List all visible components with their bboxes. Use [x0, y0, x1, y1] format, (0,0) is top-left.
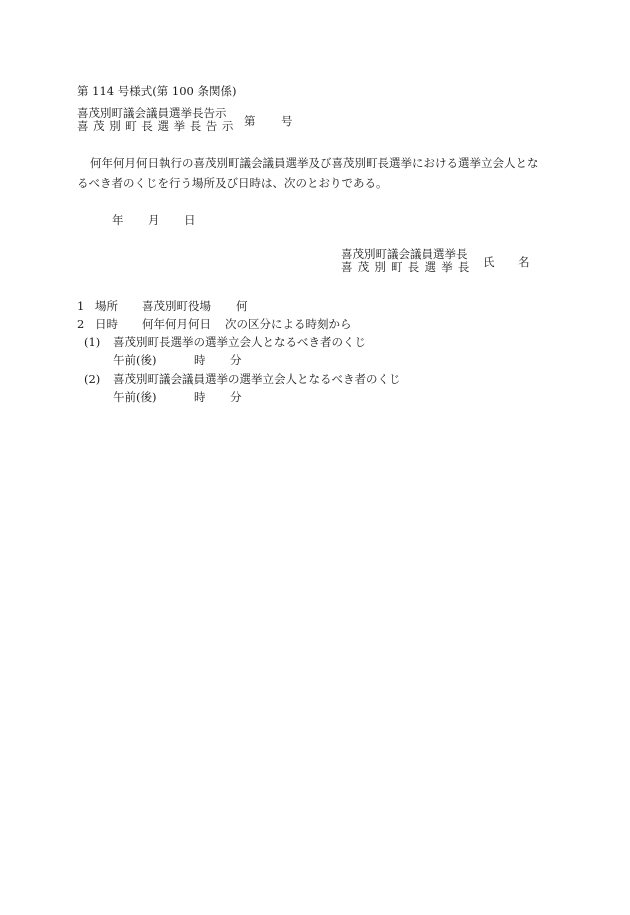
date-month: 月	[148, 213, 160, 227]
subitem-2-number: (2)	[84, 372, 100, 386]
item-1-number: 1	[77, 299, 84, 313]
subitem-2-ampm: 午前(後)	[113, 390, 156, 404]
subitem-1-minute: 分	[230, 353, 242, 367]
item-1-value: 喜茂別町役場	[142, 299, 211, 313]
notice-header-titles: 喜茂別町議会議員選挙長告示 喜茂別町長選挙長告示	[77, 107, 238, 133]
item-1-extra: 何	[236, 299, 248, 313]
subitem-1-text: 喜茂別町長選挙の選挙立会人となるべき者のくじ	[113, 335, 366, 349]
notice-header-line2: 喜茂別町長選挙長告示	[77, 120, 238, 133]
body-text-line1: 何年何月何日執行の喜茂別町議会議員選挙及び喜茂別町長選挙における選挙立会人とな	[90, 156, 539, 170]
subitem-1-ampm: 午前(後)	[113, 353, 156, 367]
notice-number-suffix: 号	[281, 114, 293, 128]
item-2-label: 日時	[95, 317, 118, 331]
item-2-number: 2	[77, 317, 84, 331]
subitem-2-minute: 分	[230, 390, 242, 404]
item-1-label: 場所	[95, 299, 118, 313]
subitem-2-hour: 時	[194, 390, 206, 404]
date-day: 日	[184, 213, 196, 227]
signature-titles: 喜茂別町議会議員選挙長 喜茂別町長選挙長	[341, 248, 475, 274]
item-2-extra: 次の区分による時刻から	[225, 317, 352, 331]
signature-title-line2: 喜茂別町長選挙長	[341, 261, 475, 274]
subitem-1-number: (1)	[84, 335, 100, 349]
subitem-1-hour: 時	[194, 353, 206, 367]
form-number: 第 114 号様式(第 100 条関係)	[77, 84, 237, 98]
item-2-value: 何年何月何日	[142, 317, 211, 331]
date-year: 年	[112, 213, 124, 227]
subitem-2-text: 喜茂別町議会議員選挙の選挙立会人となるべき者のくじ	[113, 372, 401, 386]
signature-name-label-1: 氏	[483, 255, 495, 269]
signature-name-label-2: 名	[518, 255, 530, 269]
notice-number-prefix: 第	[244, 114, 256, 128]
body-text-line2: るべき者のくじを行う場所及び日時は、次のとおりである。	[77, 176, 388, 190]
